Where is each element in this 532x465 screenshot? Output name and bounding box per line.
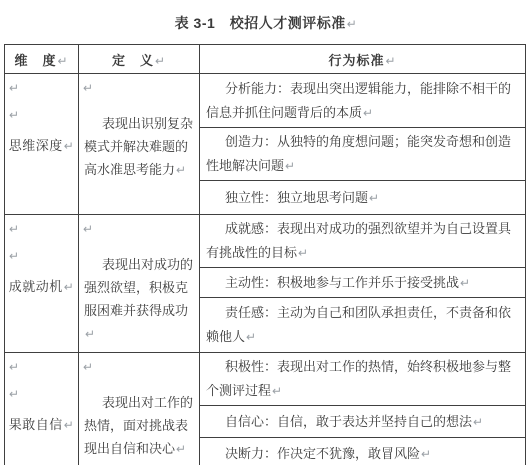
dimension-text: 成就动机: [9, 279, 63, 294]
behavior-cell: 自信心：自信，敢于表达并坚持自己的想法↵: [200, 406, 526, 438]
pilcrow-mark: ↵: [8, 108, 19, 122]
behavior-text: 主动性：积极地参与工作并乐于接受挑战↵: [200, 269, 525, 297]
header-label: 定 义: [112, 53, 154, 68]
pilcrow-mark: ↵: [8, 222, 19, 236]
pilcrow-mark: ↵: [362, 106, 373, 120]
definition-cell: ↵ 表现出识别复杂模式并解决难题的高水准思考能力↵: [79, 74, 200, 215]
pilcrow-mark: ↵: [245, 330, 256, 344]
assessment-criteria-table: 维 度↵ 定 义↵ 行为标准↵ ↵ ↵ 思维深度↵ ↵ 表现出识别复杂模式并解决…: [4, 44, 526, 465]
dimension-cell: ↵ ↵ 果敢自信↵: [5, 353, 79, 465]
table-caption-text: 表 3-1 校招人才测评标准: [175, 15, 346, 31]
behavior-cell: 成就感：表现出对成功的强烈欲望并为自己设置具有挑战性的目标↵: [200, 215, 526, 268]
dimension-name: 果敢自信↵: [5, 415, 78, 435]
behavior-text: 决断力：作决定不犹豫，敢冒风险↵: [200, 440, 525, 465]
table-row: ↵ ↵ 思维深度↵ ↵ 表现出识别复杂模式并解决难题的高水准思考能力↵ 分析能力…: [5, 74, 526, 128]
table-caption: 表 3-1 校招人才测评标准↵: [0, 13, 532, 33]
pilcrow-mark: ↵: [56, 54, 68, 68]
table-row: ↵ ↵ 成就动机↵ ↵ 表现出对成功的强烈欲望，积极克服困难并获得成功↵ 成就感…: [5, 215, 526, 268]
empty-paragraph: ↵: [5, 242, 78, 269]
behavior-cell: 创造力：从独特的角度想问题；能突发奇想和创造性地解决问题↵: [200, 128, 526, 181]
behavior-text: 积极性：表现出对工作的热情，始终积极地参与整个测评过程↵: [200, 353, 525, 405]
pilcrow-mark: ↵: [154, 54, 166, 68]
empty-paragraph: ↵: [79, 215, 199, 242]
pilcrow-mark: ↵: [82, 222, 93, 236]
pilcrow-mark: ↵: [420, 447, 431, 461]
behavior-cell: 独立性：独立地思考问题↵: [200, 181, 526, 215]
header-cell-definition: 定 义↵: [79, 45, 200, 74]
definition-text: 表现出对成功的强烈欲望，积极克服困难并获得成功↵: [84, 253, 194, 346]
dimension-name: 成就动机↵: [5, 277, 78, 297]
definition-text: 表现出对工作的热情，面对挑战表现出自信和决心↵: [84, 391, 194, 461]
pilcrow-mark: ↵: [63, 418, 75, 432]
pilcrow-mark: ↵: [284, 159, 295, 173]
pilcrow-mark: ↵: [175, 442, 186, 456]
empty-paragraph: ↵: [5, 380, 78, 407]
definition-cell: ↵ 表现出对工作的热情，面对挑战表现出自信和决心↵: [79, 353, 200, 465]
pilcrow-mark: ↵: [8, 387, 19, 401]
dimension-name: 思维深度↵: [5, 136, 78, 156]
dimension-cell: ↵ ↵ 成就动机↵: [5, 215, 79, 353]
pilcrow-mark: ↵: [8, 360, 19, 374]
definition-cell: ↵ 表现出对成功的强烈欲望，积极克服困难并获得成功↵: [79, 215, 200, 353]
empty-paragraph: ↵: [5, 353, 78, 380]
pilcrow-mark: ↵: [175, 163, 186, 177]
pilcrow-mark: ↵: [271, 384, 282, 398]
behavior-text: 独立性：独立地思考问题↵: [200, 184, 525, 212]
pilcrow-mark: ↵: [297, 246, 308, 260]
empty-paragraph: ↵: [79, 353, 199, 380]
behavior-cell: 主动性：积极地参与工作并乐于接受挑战↵: [200, 268, 526, 298]
behavior-text: 自信心：自信，敢于表达并坚持自己的想法↵: [200, 408, 525, 436]
behavior-cell: 决断力：作决定不犹豫，敢冒风险↵: [200, 438, 526, 465]
empty-paragraph: ↵: [5, 101, 78, 128]
empty-paragraph: ↵: [5, 74, 78, 101]
definition-text: 表现出识别复杂模式并解决难题的高水准思考能力↵: [84, 112, 194, 182]
table-row: ↵ ↵ 果敢自信↵ ↵ 表现出对工作的热情，面对挑战表现出自信和决心↵ 积极性：…: [5, 353, 526, 406]
dimension-text: 果敢自信: [9, 417, 63, 432]
pilcrow-mark: ↵: [346, 17, 358, 31]
behavior-cell: 积极性：表现出对工作的热情，始终积极地参与整个测评过程↵: [200, 353, 526, 406]
behavior-cell: 责任感：主动为自己和团队承担责任，不责备和依赖他人↵: [200, 298, 526, 353]
empty-paragraph: ↵: [5, 215, 78, 242]
empty-paragraph: ↵: [79, 74, 199, 101]
behavior-text: 成就感：表现出对成功的强烈欲望并为自己设置具有挑战性的目标↵: [200, 215, 525, 267]
pilcrow-mark: ↵: [8, 249, 19, 263]
pilcrow-mark: ↵: [8, 81, 19, 95]
pilcrow-mark: ↵: [82, 81, 93, 95]
behavior-text: 责任感：主动为自己和团队承担责任，不责备和依赖他人↵: [200, 299, 525, 351]
behavior-text: 创造力：从独特的角度想问题；能突发奇想和创造性地解决问题↵: [200, 128, 525, 180]
behavior-cell: 分析能力：表现出突出逻辑能力，能排除不相干的信息并抓住问题背后的本质↵: [200, 74, 526, 128]
header-label: 维 度: [14, 53, 56, 68]
header-cell-behavior-standard: 行为标准↵: [200, 45, 526, 74]
pilcrow-mark: ↵: [459, 276, 470, 290]
dimension-text: 思维深度: [9, 138, 63, 153]
dimension-cell: ↵ ↵ 思维深度↵: [5, 74, 79, 215]
document-page: 表 3-1 校招人才测评标准↵ 维 度↵ 定 义↵ 行为标准↵ ↵ ↵ 思维深度…: [0, 0, 532, 465]
pilcrow-mark: ↵: [368, 191, 379, 205]
pilcrow-mark: ↵: [63, 280, 75, 294]
header-label: 行为标准: [328, 53, 384, 68]
header-row: 维 度↵ 定 义↵ 行为标准↵: [5, 45, 526, 74]
header-cell-dimension: 维 度↵: [5, 45, 79, 74]
pilcrow-mark: ↵: [84, 327, 95, 341]
pilcrow-mark: ↵: [472, 415, 483, 429]
pilcrow-mark: ↵: [384, 54, 396, 68]
behavior-text: 分析能力：表现出突出逻辑能力，能排除不相干的信息并抓住问题背后的本质↵: [200, 75, 525, 127]
pilcrow-mark: ↵: [82, 360, 93, 374]
pilcrow-mark: ↵: [63, 139, 75, 153]
